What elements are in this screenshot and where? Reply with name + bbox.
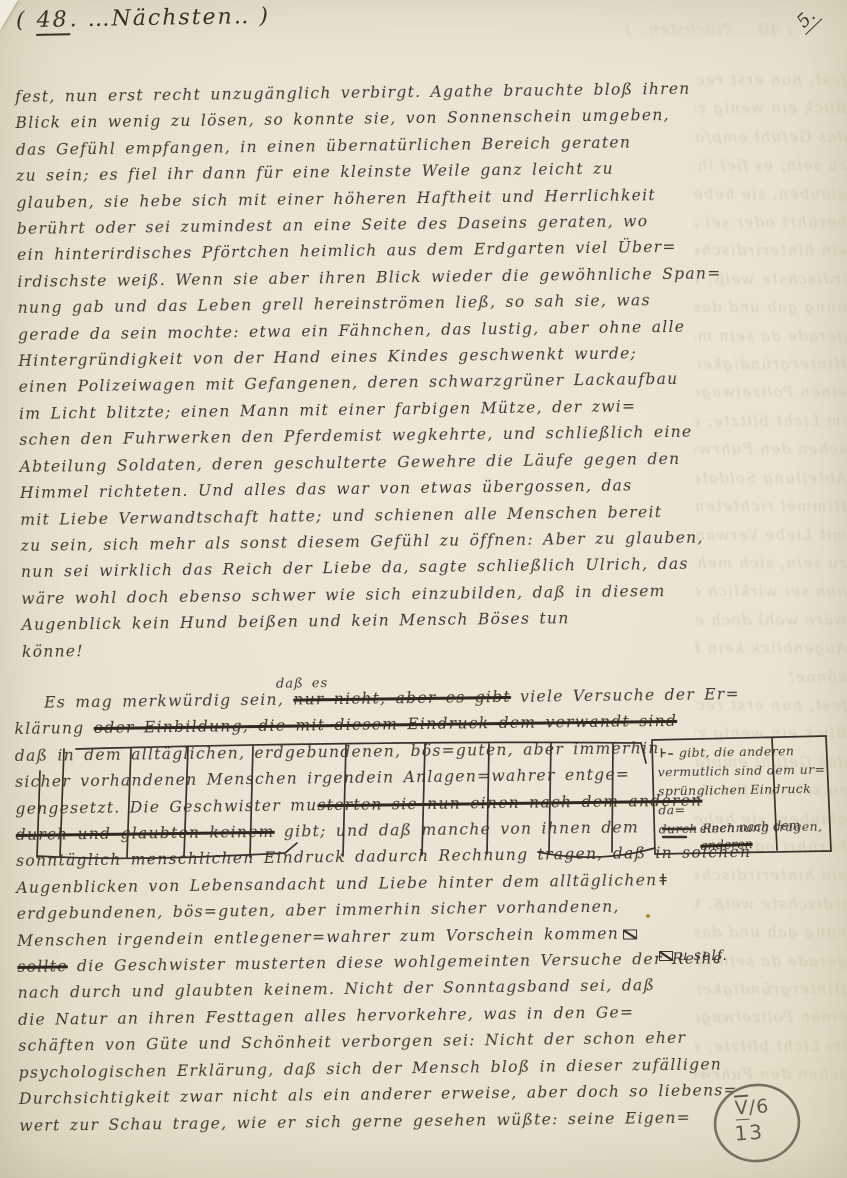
bleedthrough-line: berührt oder sei zumindest an eine Seite… — [695, 208, 847, 236]
bleedthrough-line: Hintergründigkeit von der Hand eines Kin… — [695, 975, 847, 1003]
page-heading: ( 48. …Nächsten‥ ) — [16, 4, 270, 33]
bleedthrough-line: fest, nun erst recht unzugänglich verbir… — [695, 66, 847, 94]
text-run: vermutlich sind dem ur= — [658, 762, 826, 780]
text-run: sprünglichen Eindruck da= — [658, 781, 811, 818]
text-run: gengesetzt. Die Geschwister mu — [15, 796, 317, 818]
heading-rest: . …Nächsten‥ ) — [69, 4, 270, 32]
text-run: nach durch und glaubten keinem. Nicht de… — [18, 977, 656, 1003]
text-run: erdgebundenen, bös=guten, aber immerhin … — [17, 898, 620, 923]
bleedthrough-line: zu sein; es fiel ihr dann für eine klein… — [695, 151, 847, 179]
bleedthrough-line: wäre wohl doch ebenso schwer wie sich ei… — [695, 606, 847, 634]
paper-fleck — [646, 914, 650, 918]
bleedthrough-line: Hintergründigkeit von der Hand eines Kin… — [695, 350, 847, 378]
insertion-mark-icon — [659, 951, 673, 961]
bleedthrough-line: ein hinterirdisches Pförtchen heimlich a… — [695, 861, 847, 889]
bleedthrough-line: Augenblick kein Hund beißen und kein Men… — [695, 634, 847, 662]
ink-bleedthrough: fest, nun erst recht unzugänglich verbir… — [695, 66, 847, 1146]
bleedthrough-line: irdischste weiß. Wenn sie aber ihren Bli… — [695, 890, 847, 918]
bleedthrough-line: gerade da sein mochte: etwa ein Fähnchen… — [695, 322, 847, 350]
margin-note-text: u self. — [678, 948, 728, 964]
text-run: Es mag merkwürdig sein, — [44, 691, 293, 712]
text-run: sicher vorhandenen Menschen irgendein An… — [15, 766, 630, 792]
bleedthrough-line: nung gab und das Leben grell hereinström… — [695, 918, 847, 946]
page-number: 5. — [791, 3, 823, 35]
bleedthrough-line: einen Polizeiwagen mit Gefangenen, deren… — [695, 1003, 847, 1031]
struck-text: oder Einbildung, die mit diesem Eindruck… — [94, 712, 678, 737]
text-run: gibt, die anderen — [679, 743, 795, 760]
text-run: psychologischen Erklärung, daß sich der … — [19, 1055, 723, 1082]
text-run: gibt; und daß manche von ihnen dem — [275, 818, 640, 840]
bleedthrough-line: im Licht blitzte; einen Mann mit einer f… — [695, 407, 847, 435]
header-bleedthrough: ( 48. …Nächsten‥ ) — [612, 20, 792, 40]
manuscript-line: sprünglichen Eindruck da= — [658, 779, 827, 820]
bleedthrough-line: nun sei wirklich das Reich der Liebe da,… — [695, 577, 847, 605]
caret-mark: ǂ — [657, 870, 668, 889]
bleedthrough-line: ein hinterirdisches Pförtchen heimlich a… — [695, 236, 847, 264]
crossed-box-mark — [623, 929, 637, 939]
bleedthrough-line: schen den Fuhrwerken den Pferdemist wegk… — [695, 435, 847, 463]
text-run: daß in dem alltäglichen, erdgebundenen, … — [15, 739, 660, 765]
margin-box-note-bottom: einen nach dem anderen — [699, 816, 801, 853]
bleedthrough-line: Abteilung Soldaten, deren geschulterte G… — [695, 464, 847, 492]
manuscript-page: ( 48. …Nächsten‥ ) fest, nun erst recht … — [0, 0, 847, 1178]
margin-note: u self. — [655, 948, 728, 964]
bleedthrough-line: glauben, sie hebe sich mit einer höheren… — [695, 180, 847, 208]
text-run: Menschen irgendein entlegener=wahrer zum… — [17, 924, 619, 949]
bleedthrough-line: nung gab und das Leben grell hereinström… — [695, 293, 847, 321]
box-connector-mark: ⊦– — [657, 745, 679, 760]
text-run: wert zur Schau trage, wie er sich gerne … — [19, 1108, 691, 1134]
bleedthrough-line: Blick ein wenig zu lösen, so konnte sie,… — [695, 94, 847, 122]
heading-number: 48 — [35, 7, 69, 36]
bleedthrough-line: Himmel richteten. Und alles das war von … — [695, 492, 847, 520]
text-run: viele Versuche der Er= — [511, 685, 740, 706]
text-run: die Natur an ihren Festtagen alles hervo… — [18, 1003, 634, 1029]
paragraph-2: Es mag merkwürdig sein, nur nicht, aber … — [14, 682, 679, 1139]
bleedthrough-line: mit Liebe Verwandtschaft hatte; und schi… — [695, 521, 847, 549]
struck-text: sterten sie nun — [317, 794, 470, 814]
text-run: die Geschwister musterten diese wohlgeme… — [68, 949, 724, 975]
manuscript-line: anderen — [700, 833, 801, 854]
heading-open: ( — [16, 8, 36, 33]
text-run: klärung — [14, 719, 93, 738]
paragraph-1: fest, nun erst recht unzugänglich verbir… — [15, 76, 682, 665]
text-run: Augenblicken von Lebensandacht und Liebe… — [16, 871, 657, 897]
bleedthrough-line: das Gefühl empfangen, in einen übernatür… — [695, 123, 847, 151]
bleedthrough-line: einen Polizeiwagen mit Gefangenen, deren… — [695, 378, 847, 406]
text-run: schäften von Güte und Schönheit verborge… — [18, 1029, 686, 1055]
struck-text: sollte — [17, 957, 68, 976]
interlinear-insertion: daß es — [276, 671, 329, 698]
archive-stamp: Ⅴ/6 13 — [709, 1079, 807, 1169]
bleedthrough-line: zu sein, sich mehr als sonst diesem Gefü… — [695, 549, 847, 577]
struck-text: durch und glaubten keinem — [16, 823, 275, 844]
archive-stamp-top: Ⅴ/6 — [734, 1095, 770, 1119]
archive-stamp-bottom: 13 — [734, 1120, 765, 1146]
